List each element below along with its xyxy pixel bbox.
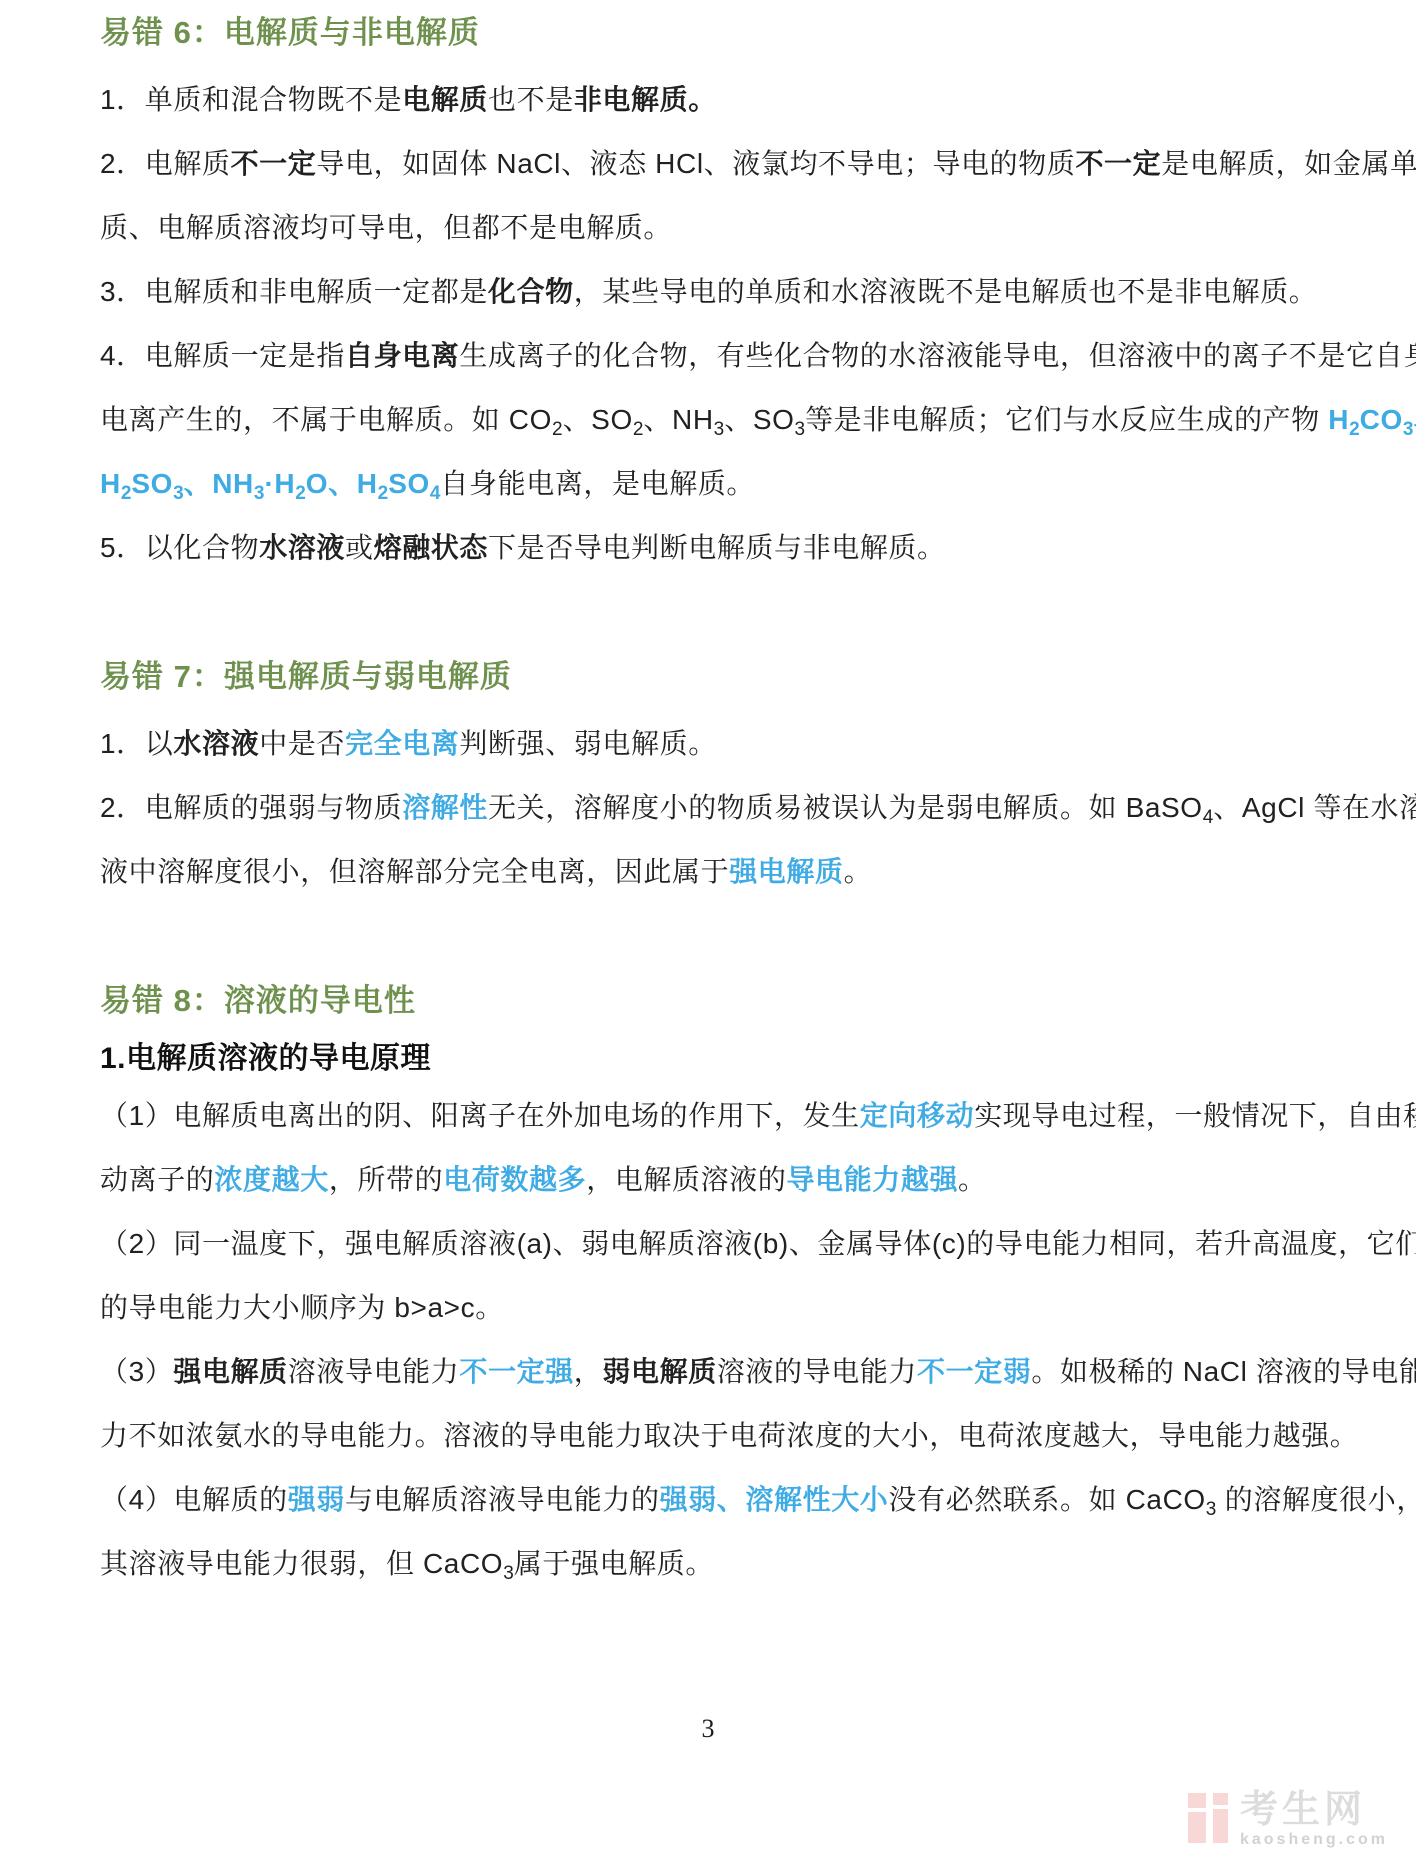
text-run: 水溶液 [173, 728, 259, 759]
text-run: 1．单质和混合物既不是 [100, 84, 402, 115]
paragraph: 3．电解质和非电解质一定都是化合物，某些导电的单质和水溶液既不是电解质也不是非电… [100, 260, 1338, 324]
text-run: 2 [378, 483, 389, 504]
text-run: 2 [121, 483, 132, 504]
text-run: 浓度越大 [214, 1164, 328, 1195]
text-run: （2）同一温度下，强电解质溶液(a)、弱电解质溶液(b)、金属导体(c)的导电能… [100, 1228, 1416, 1259]
text-run: 与电解质溶液导电能力的 [345, 1484, 660, 1515]
text-run: 的导电能力大小顺序为 b>a>c。 [100, 1292, 504, 1323]
text-run: 不一定 [231, 148, 317, 179]
text-run: 2 [552, 419, 563, 440]
text-run: 溶液的导电能力 [717, 1356, 917, 1387]
text-run: 强弱 [288, 1484, 345, 1515]
section-body: 1．单质和混合物既不是电解质也不是非电解质。2．电解质不一定导电，如固体 NaC… [100, 68, 1338, 580]
text-run: 。如极稀的 NaCl 溶液的导电能 [1031, 1356, 1416, 1387]
text-run: 的溶解度很小， [1216, 1484, 1416, 1515]
section-mistake-7: 易错 7：强电解质与弱电解质 1．以水溶液中是否完全电离判断强、弱电解质。2．电… [100, 656, 1338, 904]
text-run: 生成离子的化合物，有些化合物的水溶液能导电，但溶液中的离子不是它自身 [459, 340, 1416, 371]
text-run: CO [1360, 404, 1403, 435]
text-run: O、H [306, 468, 378, 499]
watermark-text: 考生网 kaosheng.com [1240, 1793, 1388, 1848]
text-line: 动离子的浓度越大，所带的电荷数越多，电解质溶液的导电能力越强。 [100, 1148, 1338, 1212]
text-run: 、 [717, 1484, 746, 1515]
page-number: 3 [0, 1714, 1416, 1744]
text-run: 非电解质 [574, 84, 688, 115]
text-run: 2 [1349, 419, 1360, 440]
paragraph: 4．电解质一定是指自身电离生成离子的化合物，有些化合物的水溶液能导电，但溶液中的… [100, 324, 1338, 516]
text-run: 。 [844, 856, 873, 887]
text-line: 液中溶解度很小，但溶解部分完全电离，因此属于强电解质。 [100, 840, 1338, 904]
text-run: 、AgCl 等在水溶 [1213, 792, 1416, 823]
text-run: 、SO [563, 404, 633, 435]
text-run: 。 [688, 84, 717, 115]
kaosheng-logo-icon [1188, 1793, 1230, 1843]
text-run: 溶解性 [402, 792, 488, 823]
text-run: 其溶液导电能力很弱，但 CaCO [100, 1548, 503, 1579]
text-run: （3） [100, 1356, 173, 1387]
section-heading: 易错 7：强电解质与弱电解质 [100, 656, 1338, 698]
text-line: （3）强电解质溶液导电能力不一定强，弱电解质溶液的导电能力不一定弱。如极稀的 N… [100, 1340, 1338, 1404]
text-run: 自身能电离，是电解质。 [440, 468, 755, 499]
text-run: 、NH [184, 468, 254, 499]
text-run: 定向移动 [860, 1100, 974, 1131]
text-run: H [1328, 404, 1349, 435]
text-run: 没有必然联系。如 CaCO [888, 1484, 1205, 1515]
text-line: （4）电解质的强弱与电解质溶液导电能力的强弱、溶解性大小没有必然联系。如 CaC… [100, 1468, 1338, 1532]
text-run: 判断强、弱电解质。 [459, 728, 716, 759]
paragraph: （3）强电解质溶液导电能力不一定强，弱电解质溶液的导电能力不一定弱。如极稀的 N… [100, 1340, 1338, 1468]
text-run: 或 [345, 532, 374, 563]
paragraph: 1．以水溶液中是否完全电离判断强、弱电解质。 [100, 712, 1338, 776]
text-run: 是电解质，如金属单 [1161, 148, 1416, 179]
text-line: 2．电解质的强弱与物质溶解性无关，溶解度小的物质易被误认为是弱电解质。如 BaS… [100, 776, 1338, 840]
watermark: 考生网 kaosheng.com [1188, 1793, 1388, 1848]
text-run: SO [388, 468, 430, 499]
text-run: ，电解质溶液的 [586, 1164, 786, 1195]
text-run: 不一定强 [459, 1356, 573, 1387]
text-run: SO [131, 468, 173, 499]
text-run: 熔融状态 [374, 532, 488, 563]
text-run: 3 [1403, 419, 1414, 440]
text-line: 质、电解质溶液均可导电，但都不是电解质。 [100, 196, 1338, 260]
text-run: 下是否导电判断电解质与非电解质。 [488, 532, 946, 563]
text-run: 3 [1206, 1499, 1217, 1520]
text-run: 、SO [724, 404, 794, 435]
text-run: 不一定 [1075, 148, 1161, 179]
text-run: 、NH [643, 404, 713, 435]
text-run: 3．电解质和非电解质一定都是 [100, 276, 488, 307]
text-line: （2）同一温度下，强电解质溶液(a)、弱电解质溶液(b)、金属导体(c)的导电能… [100, 1212, 1338, 1276]
watermark-brand: 考生网 [1240, 1793, 1366, 1827]
section-subheading: 1.电解质溶液的导电原理 [100, 1036, 1338, 1082]
section-body: （1）电解质电离出的阴、阳离子在外加电场的作用下，发生定向移动实现导电过程，一般… [100, 1084, 1338, 1596]
text-line: 其溶液导电能力很弱，但 CaCO3属于强电解质。 [100, 1532, 1338, 1596]
text-run: 2 [295, 483, 306, 504]
text-line: 5．以化合物水溶液或熔融状态下是否导电判断电解质与非电解质。 [100, 516, 1338, 580]
text-run: 溶液导电能力 [288, 1356, 460, 1387]
text-run: 质、电解质溶液均可导电，但都不是电解质。 [100, 212, 672, 243]
text-run: 实现导电过程，一般情况下，自由移 [974, 1100, 1416, 1131]
text-run: 强电解质 [729, 856, 843, 887]
text-line: （1）电解质电离出的阴、阳离子在外加电场的作用下，发生定向移动实现导电过程，一般… [100, 1084, 1338, 1148]
paragraph: （1）电解质电离出的阴、阳离子在外加电场的作用下，发生定向移动实现导电过程，一般… [100, 1084, 1338, 1212]
text-line: 2．电解质不一定导电，如固体 NaCl、液态 HCl、液氯均不导电；导电的物质不… [100, 132, 1338, 196]
text-run: 也不是 [488, 84, 574, 115]
text-run: 3 [714, 419, 725, 440]
text-run: 2 [633, 419, 644, 440]
document-content: 易错 6：电解质与非电解质 1．单质和混合物既不是电解质也不是非电解质。2．电解… [100, 12, 1338, 1596]
text-run: H [100, 468, 121, 499]
section-heading: 易错 6：电解质与非电解质 [100, 12, 1338, 54]
paragraph: 2．电解质不一定导电，如固体 NaCl、液态 HCl、液氯均不导电；导电的物质不… [100, 132, 1338, 260]
text-run: 1．以 [100, 728, 173, 759]
text-run: 4 [430, 483, 441, 504]
text-run: 弱电解质 [602, 1356, 716, 1387]
text-run: 强电解质 [173, 1356, 287, 1387]
text-run: 强弱 [660, 1484, 717, 1515]
text-line: H2SO3、NH3·H2O、H2SO4自身能电离，是电解质。 [100, 452, 1338, 516]
paragraph: 5．以化合物水溶液或熔融状态下是否导电判断电解质与非电解质。 [100, 516, 1338, 580]
text-run: （1）电解质电离出的阴、阳离子在外加电场的作用下，发生 [100, 1100, 860, 1131]
paragraph: （4）电解质的强弱与电解质溶液导电能力的强弱、溶解性大小没有必然联系。如 CaC… [100, 1468, 1338, 1596]
text-run: 完全电离 [345, 728, 459, 759]
text-line: 4．电解质一定是指自身电离生成离子的化合物，有些化合物的水溶液能导电，但溶液中的… [100, 324, 1338, 388]
text-run: 力不如浓氨水的导电能力。溶液的导电能力取决于电荷浓度的大小，电荷浓度越大，导电能… [100, 1420, 1358, 1451]
text-run: 5．以化合物 [100, 532, 259, 563]
watermark-domain: kaosheng.com [1240, 1832, 1388, 1848]
text-run: 电荷数越多 [443, 1164, 586, 1195]
paragraph: （2）同一温度下，强电解质溶液(a)、弱电解质溶液(b)、金属导体(c)的导电能… [100, 1212, 1338, 1340]
section-mistake-6: 易错 6：电解质与非电解质 1．单质和混合物既不是电解质也不是非电解质。2．电解… [100, 12, 1338, 580]
paragraph: 1．单质和混合物既不是电解质也不是非电解质。 [100, 68, 1338, 132]
text-run: ，所带的 [329, 1164, 443, 1195]
text-run: 。 [958, 1164, 987, 1195]
text-run: 溶解性大小 [745, 1484, 888, 1515]
text-run: 2．电解质 [100, 148, 231, 179]
text-run: 3 [795, 419, 806, 440]
text-line: 1．以水溶液中是否完全电离判断强、弱电解质。 [100, 712, 1338, 776]
section-body: 1．以水溶液中是否完全电离判断强、弱电解质。2．电解质的强弱与物质溶解性无关，溶… [100, 712, 1338, 904]
text-run: ，某些导电的单质和水溶液既不是电解质也不是非电解质。 [574, 276, 1318, 307]
text-run: 不一定弱 [917, 1356, 1031, 1387]
text-run: 导电能力越强 [786, 1164, 958, 1195]
text-run: 无关，溶解度小的物质易被误认为是弱电解质。如 BaSO [488, 792, 1203, 823]
text-run: 电离产生的，不属于电解质。如 CO [100, 404, 552, 435]
text-run: ·H [264, 468, 295, 499]
text-line: 1．单质和混合物既不是电解质也不是非电解质。 [100, 68, 1338, 132]
section-mistake-8: 易错 8：溶液的导电性 1.电解质溶液的导电原理 （1）电解质电离出的阴、阳离子… [100, 980, 1338, 1596]
text-run: 等是非电解质；它们与水反应生成的产物 [805, 404, 1328, 435]
paragraph: 2．电解质的强弱与物质溶解性无关，溶解度小的物质易被误认为是弱电解质。如 BaS… [100, 776, 1338, 904]
text-run: 3 [503, 1563, 514, 1584]
text-line: 的导电能力大小顺序为 b>a>c。 [100, 1276, 1338, 1340]
text-line: 电离产生的，不属于电解质。如 CO2、SO2、NH3、SO3等是非电解质；它们与… [100, 388, 1338, 452]
text-run: 属于强电解质。 [514, 1548, 714, 1579]
text-run: （4）电解质的 [100, 1484, 288, 1515]
text-run: 电解质 [402, 84, 488, 115]
text-run: 4 [1203, 807, 1214, 828]
text-run: 中是否 [259, 728, 345, 759]
text-run: 2．电解质的强弱与物质 [100, 792, 402, 823]
text-run: 水溶液 [259, 532, 345, 563]
text-run: 液中溶解度很小，但溶解部分完全电离，因此属于 [100, 856, 729, 887]
text-line: 力不如浓氨水的导电能力。溶液的导电能力取决于电荷浓度的大小，电荷浓度越大，导电能… [100, 1404, 1338, 1468]
document-page: 易错 6：电解质与非电解质 1．单质和混合物既不是电解质也不是非电解质。2．电解… [0, 0, 1416, 1864]
text-run: ， [574, 1356, 603, 1387]
text-run: 自身电离 [345, 340, 459, 371]
text-run: 3 [254, 483, 265, 504]
text-run: 动离子的 [100, 1164, 214, 1195]
text-run: 4．电解质一定是指 [100, 340, 345, 371]
text-line: 3．电解质和非电解质一定都是化合物，某些导电的单质和水溶液既不是电解质也不是非电… [100, 260, 1338, 324]
text-run: 化合物 [488, 276, 574, 307]
text-run: 3 [173, 483, 184, 504]
text-run: 导电，如固体 NaCl、液态 HCl、液氯均不导电；导电的物质 [316, 148, 1075, 179]
section-heading: 易错 8：溶液的导电性 [100, 980, 1338, 1022]
